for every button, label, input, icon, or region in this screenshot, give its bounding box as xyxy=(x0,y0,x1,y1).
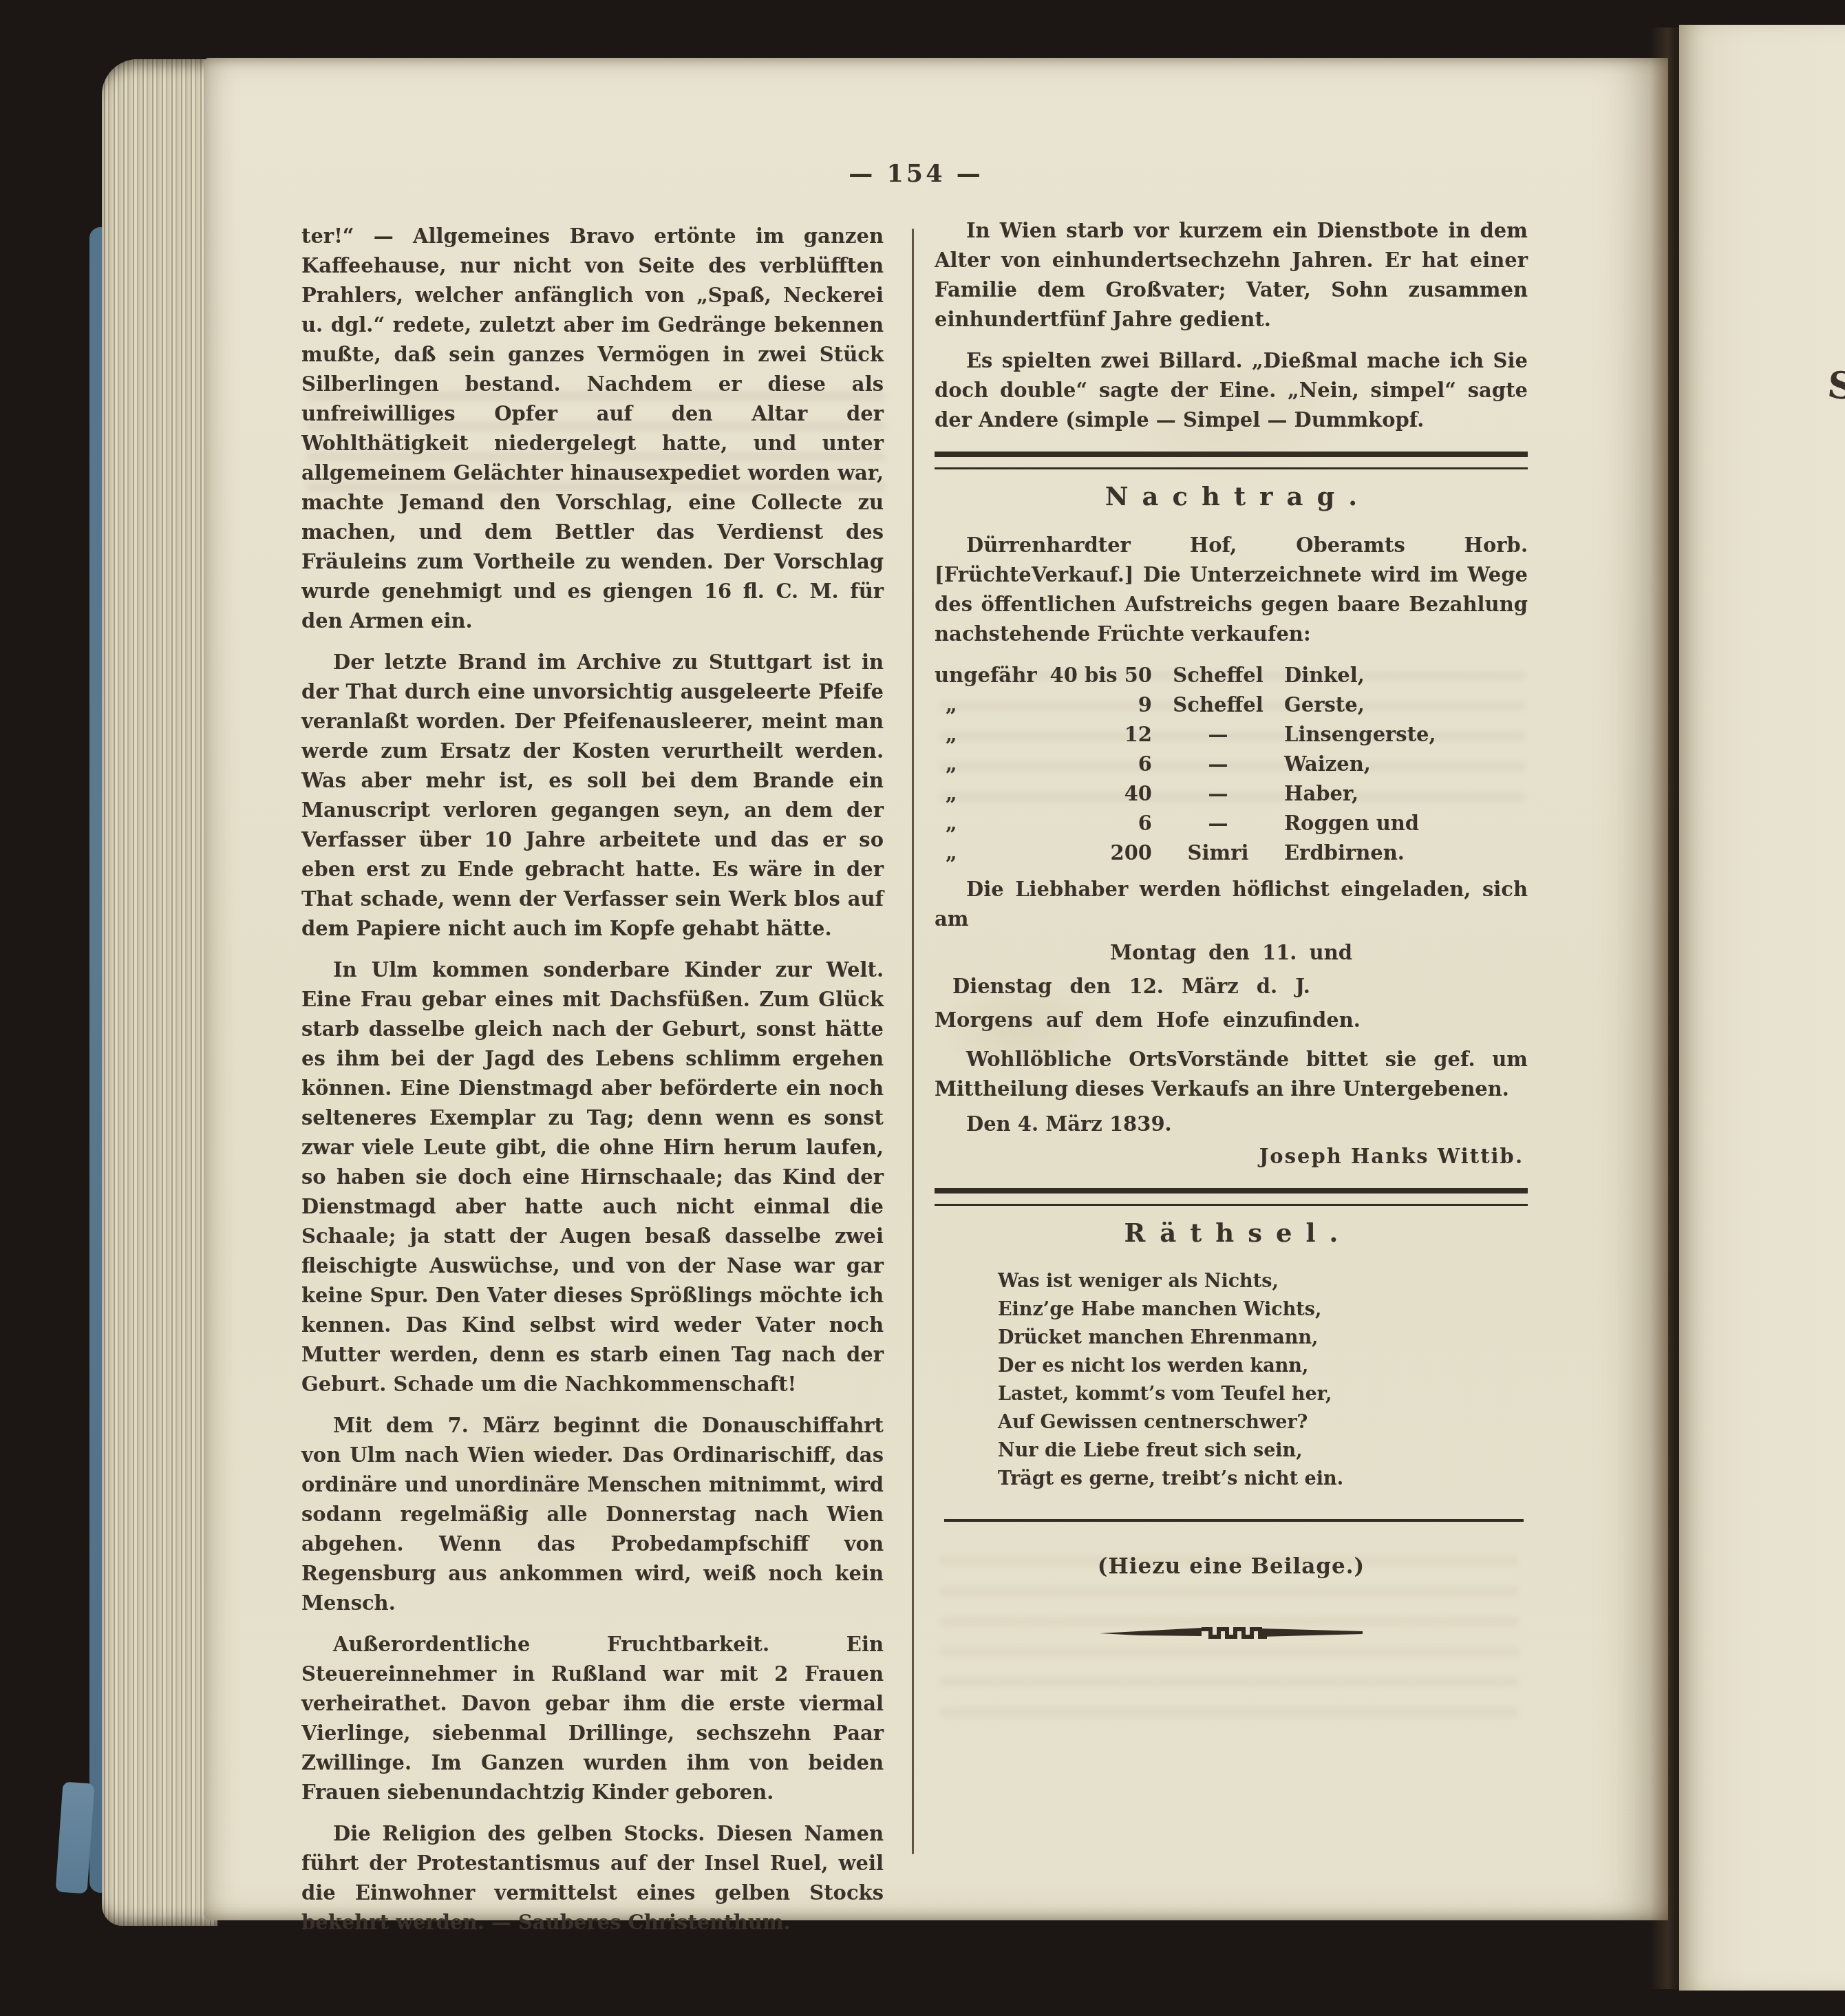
fruit-unit: — xyxy=(1156,750,1280,779)
fruit-name: Erdbirnen. xyxy=(1284,838,1528,868)
paragraph: Es spielten zwei Billard. „Dießmal mache… xyxy=(935,346,1528,435)
poem-line: Was ist weniger als Nichts, xyxy=(998,1267,1528,1295)
paragraph: In Wien starb vor kurzem ein Dienstbote … xyxy=(935,216,1528,335)
fruit-qty-prefix: „ xyxy=(935,690,1045,720)
fruit-unit: Scheffel xyxy=(1156,690,1280,720)
fruit-list: ungefähr 40 bis 50 Scheffel Dinkel, „ 9 … xyxy=(935,661,1528,868)
poem-line: Einz’ge Habe manchen Wichts, xyxy=(998,1295,1528,1324)
book-cover-corner-tab xyxy=(55,1782,94,1894)
fruit-qty-prefix: ungefähr xyxy=(935,661,1045,690)
tail-ornament-icon xyxy=(1097,1622,1365,1643)
poem-line: Trägt es gerne, treibt’s nicht ein. xyxy=(998,1465,1528,1493)
supplement-note: (Hiezu eine Beilage.) xyxy=(935,1552,1528,1582)
fruit-qty: 40 bis 50 xyxy=(1049,661,1152,690)
fruit-list-row: ungefähr 40 bis 50 Scheffel Dinkel, xyxy=(935,661,1528,690)
page-number: — 154 — xyxy=(204,160,1628,188)
fruit-qty: 6 xyxy=(1049,750,1152,779)
fruit-list-row: „ 6 — Waizen, xyxy=(935,750,1528,779)
scanned-page: — 154 — ter!“ — Allgemeines Bravo ertönt… xyxy=(204,58,1668,1920)
fruit-name: Dinkel, xyxy=(1284,661,1528,690)
poem-line: Auf Gewissen centnerschwer? xyxy=(998,1408,1528,1436)
nachtrag-intro: Dürrenhardter Hof, Oberamts Horb. [Früch… xyxy=(935,531,1528,649)
poem-line: Drücket manchen Ehrenmann, xyxy=(998,1324,1528,1352)
fruit-list-row: „ 200 Simri Erdbirnen. xyxy=(935,838,1528,868)
fruit-unit: — xyxy=(1156,779,1280,809)
fruit-unit: Simri xyxy=(1156,838,1280,868)
fruit-qty: 12 xyxy=(1049,720,1152,750)
section-heading-nachtrag: Nachtrag. xyxy=(935,482,1528,511)
right-column: In Wien starb vor kurzem ein Dienstbote … xyxy=(935,216,1528,1651)
column-divider-rule xyxy=(912,229,914,1854)
fruit-qty-prefix: „ xyxy=(935,838,1045,868)
auction-date-line-2: Dienstag den 12. März d. J. xyxy=(935,972,1528,1001)
fruit-name: Roggen und xyxy=(1284,809,1528,838)
fruit-qty: 40 xyxy=(1049,779,1152,809)
fruit-list-row: „ 6 — Roggen und xyxy=(935,809,1528,838)
paragraph: Die Religion des gelben Stocks. Diesen N… xyxy=(301,1819,884,1938)
fruit-qty-prefix: „ xyxy=(935,750,1045,779)
fruit-name: Waizen, xyxy=(1284,750,1528,779)
adjacent-page: S xyxy=(1679,25,1845,1991)
request-text: Wohllöbliche OrtsVorstände bittet sie ge… xyxy=(935,1045,1528,1104)
fruit-list-row: „ 40 — Haber, xyxy=(935,779,1528,809)
left-column: ter!“ — Allgemeines Bravo ertönte im gan… xyxy=(301,222,884,1949)
auction-date-line-1: Montag den 11. und xyxy=(935,938,1528,968)
paragraph: Mit dem 7. März beginnt die Donauschiffa… xyxy=(301,1411,884,1618)
poem-line: Nur die Liebe freut sich sein, xyxy=(998,1436,1528,1465)
fruit-name: Haber, xyxy=(1284,779,1528,809)
paragraph: In Ulm kommen sonderbare Kinder zur Welt… xyxy=(301,955,884,1399)
paragraph: ter!“ — Allgemeines Bravo ertönte im gan… xyxy=(301,222,884,636)
page-stack-fore-edge xyxy=(102,59,217,1926)
tail-ornament-wrap xyxy=(935,1622,1528,1651)
fruit-name: Linsengerste, xyxy=(1284,720,1528,750)
fruit-qty: 9 xyxy=(1049,690,1152,720)
poem-line: Lastet, kommt’s vom Teufel her, xyxy=(998,1380,1528,1408)
fruit-qty: 200 xyxy=(1049,838,1152,868)
invitation-text: Die Liebhaber werden höflichst eingelade… xyxy=(935,875,1528,934)
section-heading-raethsel: Räthsel. xyxy=(935,1218,1528,1248)
fruit-unit: — xyxy=(1156,720,1280,750)
fruit-list-row: „ 9 Scheffel Gerste, xyxy=(935,690,1528,720)
fruit-unit: — xyxy=(1156,809,1280,838)
fruit-qty-prefix: „ xyxy=(935,809,1045,838)
paragraph: Außerordentliche Fruchtbarkeit. Ein Steu… xyxy=(301,1630,884,1807)
fruit-qty-prefix: „ xyxy=(935,779,1045,809)
section-separator-double-rule xyxy=(935,1188,1528,1206)
riddle-poem: Was ist weniger als Nichts, Einz’ge Habe… xyxy=(935,1267,1528,1493)
auction-date-line-3: Morgens auf dem Hofe einzufinden. xyxy=(935,1006,1528,1035)
signature: Joseph Hanks Wittib. xyxy=(935,1142,1528,1171)
partial-print-fragment: S xyxy=(1826,362,1845,409)
fruit-qty-prefix: „ xyxy=(935,720,1045,750)
section-separator-double-rule xyxy=(935,452,1528,469)
poem-line: Der es nicht los werden kann, xyxy=(998,1352,1528,1380)
paragraph: Der letzte Brand im Archive zu Stuttgart… xyxy=(301,648,884,944)
footer-separator-rule xyxy=(944,1519,1524,1522)
fruit-unit: Scheffel xyxy=(1156,661,1280,690)
dateline: Den 4. März 1839. xyxy=(935,1110,1528,1139)
fruit-qty: 6 xyxy=(1049,809,1152,838)
fruit-name: Gerste, xyxy=(1284,690,1528,720)
fruit-list-row: „ 12 — Linsengerste, xyxy=(935,720,1528,750)
